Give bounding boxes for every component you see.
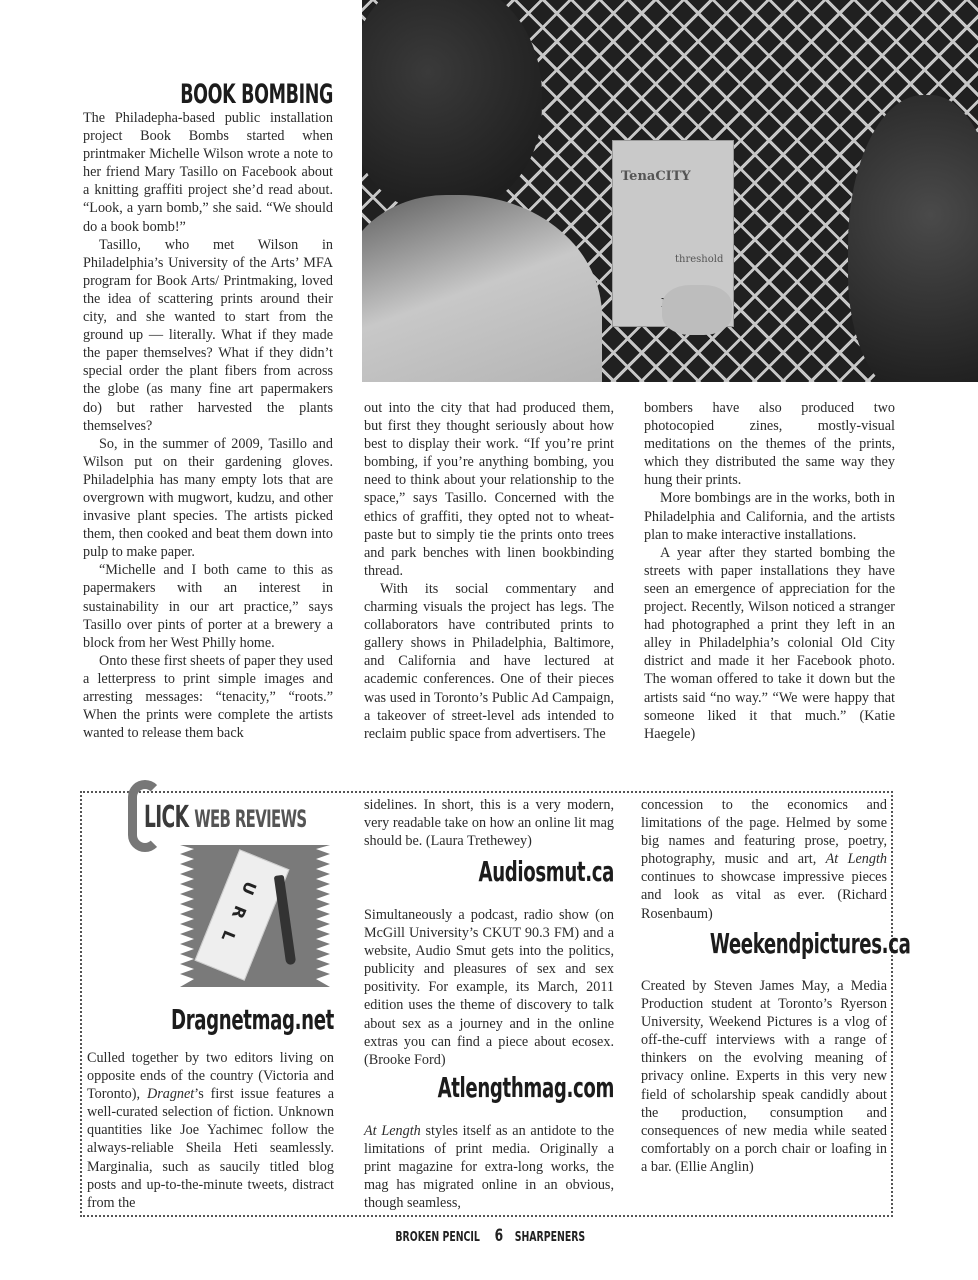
tag-letter: U xyxy=(238,879,260,898)
click-word: LICK xyxy=(144,800,188,835)
review-text-weekendpictures: Created by Steven James May, a Media Pro… xyxy=(641,977,887,1176)
tag-letter: L xyxy=(218,928,239,945)
paragraph: sidelines. In short, this is a very mode… xyxy=(364,796,614,850)
paragraph: At Length styles itself as an antidote t… xyxy=(364,1122,614,1212)
page-footer: BROKEN PENCIL 6 SHARPENERS xyxy=(0,1226,978,1246)
review-text-audiosmut: Simultaneously a podcast, radio show (on… xyxy=(364,906,614,1069)
review-text-dragnet: Culled together by two editors living on… xyxy=(87,1049,334,1212)
paragraph: concession to the economics and limitati… xyxy=(641,796,887,923)
paragraph: With its social commentary and charming … xyxy=(364,580,614,743)
print-word: TenaCITY xyxy=(621,169,691,184)
review-text-atlength-continued: concession to the economics and limitati… xyxy=(641,796,887,923)
url-tag-illustration: U R L xyxy=(180,845,330,987)
web-reviews-subtitle: WEB REVIEWS xyxy=(194,805,306,833)
tag-letter: R xyxy=(228,903,250,922)
article-column-1: The Philadepha-based public installation… xyxy=(83,109,333,742)
print-word: threshold xyxy=(675,254,723,265)
paragraph: Onto these first sheets of paper they us… xyxy=(83,652,333,742)
paragraph: Culled together by two editors living on… xyxy=(87,1049,334,1212)
paragraph: out into the city that had produced them… xyxy=(364,399,614,580)
paragraph: bombers have also produced two photocopi… xyxy=(644,399,895,489)
paragraph: More bombings are in the works, both in … xyxy=(644,489,895,543)
article-title: BOOK BOMBING xyxy=(151,80,333,110)
review-site-title: Atlengthmag.com xyxy=(434,1071,614,1105)
person-left-hat xyxy=(362,0,542,210)
article-column-2: out into the city that had produced them… xyxy=(364,399,614,743)
review-site-title: Dragnetmag.net xyxy=(154,1003,334,1037)
paragraph: A year after they started bombing the st… xyxy=(644,544,895,743)
hands xyxy=(662,285,732,335)
paragraph: So, in the summer of 2009, Tasillo and W… xyxy=(83,435,333,562)
article-photo: TenaCITY threshold roots xyxy=(362,0,978,382)
paragraph: “Michelle and I both came to this as pap… xyxy=(83,561,333,651)
review-text-atlength: At Length styles itself as an antidote t… xyxy=(364,1122,614,1212)
review-site-title: Weekendpictures.ca xyxy=(710,927,887,961)
page-number: 6 xyxy=(494,1226,503,1246)
magazine-name: BROKEN PENCIL xyxy=(395,1230,479,1245)
section-name: SHARPENERS xyxy=(515,1230,585,1245)
paragraph: Tasillo, who met Wilson in Philadelphia’… xyxy=(83,236,333,435)
review-site-title: Audiosmut.ca xyxy=(434,855,614,889)
paragraph: Created by Steven James May, a Media Pro… xyxy=(641,977,887,1176)
article-column-3: bombers have also produced two photocopi… xyxy=(644,399,895,743)
paragraph: The Philadepha-based public installation… xyxy=(83,109,333,236)
click-heading-text: LICK WEB REVIEWS xyxy=(144,800,306,835)
review-text-dragnet-continued: sidelines. In short, this is a very mode… xyxy=(364,796,614,850)
paragraph: Simultaneously a podcast, radio show (on… xyxy=(364,906,614,1069)
